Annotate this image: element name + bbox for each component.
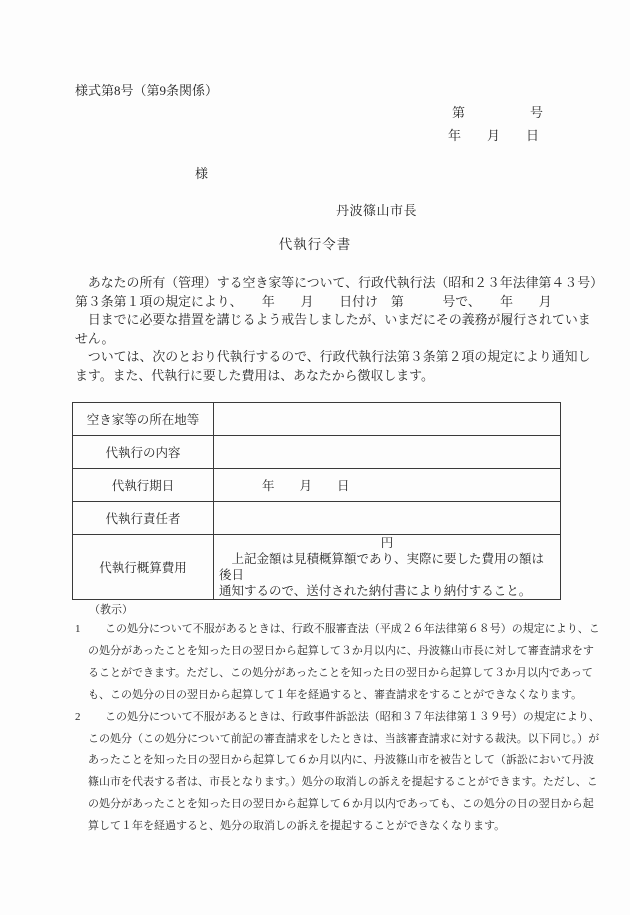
note-line: この処分（この処分について前記の審査請求をしたときは、当該審査請求に対する裁決。… (88, 729, 623, 751)
notes-heading: （教示） (89, 601, 133, 617)
row-value-cost: 円 上記金額は見積概算額であり、実際に要した費用の額は後日 通知するので、送付さ… (214, 535, 561, 600)
note-number: 1 (75, 619, 105, 641)
table-row-cost: 代執行概算費用 円 上記金額は見積概算額であり、実際に要した費用の額は後日 通知… (73, 535, 561, 600)
form-number: 様式第8号（第9条関係） (75, 80, 218, 99)
row-label-location: 空き家等の所在地等 (73, 403, 214, 436)
note-number: 2 (75, 707, 105, 729)
cost-amount-line: 円 (214, 535, 560, 551)
table-row-content: 代執行の内容 (73, 436, 561, 469)
note-line: 2この処分について不服があるときは、行政事件訴訟法（昭和３７年法律第１３９号）の… (75, 707, 623, 729)
body-paragraphs: あなたの所有（管理）する空き家等について、行政代執行法（昭和２３年法律第４３号）… (75, 274, 593, 386)
table-row-responsible: 代執行責任者 (73, 502, 561, 535)
sender-name: 丹波篠山市長 (336, 200, 417, 219)
document-page: 様式第8号（第9条関係） 第 号 年 月 日 様 丹波篠山市長 代執行令書 あな… (0, 0, 630, 915)
row-value-content (214, 436, 561, 469)
issue-date-line: 年 月 日 (448, 125, 539, 144)
document-number-line: 第 号 (452, 102, 543, 121)
document-title: 代執行令書 (0, 233, 630, 253)
note-line: 1この処分について不服があるときは、行政不服審査法（平成２６年法律第６８号）の規… (75, 619, 623, 641)
note-line: ることができます。ただし、この処分があったことを知った日の翌日から起算して３か月… (88, 663, 623, 685)
row-label-cost: 代執行概算費用 (73, 535, 214, 600)
execution-details-table: 空き家等の所在地等 代執行の内容 代執行期日 年 月 日 代執行責任者 代執行概… (72, 402, 561, 600)
table-row-date: 代執行期日 年 月 日 (73, 469, 561, 502)
note-line: 篠山市を代表する者は、市長となります。）処分の取消しの訴えを提起することができま… (88, 772, 623, 794)
body-line: あなたの所有（管理）する空き家等について、行政代執行法（昭和２３年法律第４３号） (75, 274, 593, 293)
row-value-date: 年 月 日 (214, 469, 561, 502)
row-label-date: 代執行期日 (73, 469, 214, 502)
cost-note-line: 上記金額は見積概算額であり、実際に要した費用の額は後日 (214, 551, 560, 583)
body-line: せん。 (75, 330, 593, 349)
body-line: ます。また、代執行に要した費用は、あなたから徴収します。 (75, 367, 593, 386)
note-text: この処分について不服があるときは、行政不服審査法（平成２６年法律第６８号）の規定… (105, 623, 600, 635)
note-line: 算して１年を経過すると、処分の取消しの訴えを提起することができなくなります。 (88, 816, 623, 838)
row-value-responsible (214, 502, 561, 535)
row-label-responsible: 代執行責任者 (73, 502, 214, 535)
note-line: の処分があったことを知った日の翌日から起算して３か月以内に、丹波篠山市長に対して… (88, 641, 623, 663)
note-item-1: 1この処分について不服があるときは、行政不服審査法（平成２６年法律第６８号）の規… (75, 619, 623, 707)
notes-section: 1この処分について不服があるときは、行政不服審査法（平成２６年法律第６８号）の規… (75, 619, 623, 838)
addressee-suffix: 様 (195, 163, 208, 182)
note-text: この処分について不服があるときは、行政事件訴訟法（昭和３７年法律第１３９号）の規… (105, 711, 600, 723)
note-line: あったことを知った日の翌日から起算して６か月以内に、丹波篠山市を被告として（訴訟… (88, 750, 623, 772)
cost-note-line: 通知するので、送付された納付書により納付すること。 (214, 583, 560, 599)
note-line: の処分があったことを知った日の翌日から起算して６か月以内であっても、この処分の日… (88, 794, 623, 816)
row-label-content: 代執行の内容 (73, 436, 214, 469)
body-line: 第３条第１項の規定により、 年 月 日付け 第 号で、 年 月 (75, 293, 593, 312)
row-value-location (214, 403, 561, 436)
body-line: 日までに必要な措置を講じるよう戒告しましたが、いまだにその義務が履行されていま (75, 311, 593, 330)
table-row-location: 空き家等の所在地等 (73, 403, 561, 436)
note-line: も、この処分の日の翌日から起算して１年を経過すると、審査請求をすることができなく… (88, 685, 623, 707)
body-line: ついては、次のとおり代執行するので、行政代執行法第３条第２項の規定により通知し (75, 348, 593, 367)
note-item-2: 2この処分について不服があるときは、行政事件訴訟法（昭和３７年法律第１３９号）の… (75, 707, 623, 838)
